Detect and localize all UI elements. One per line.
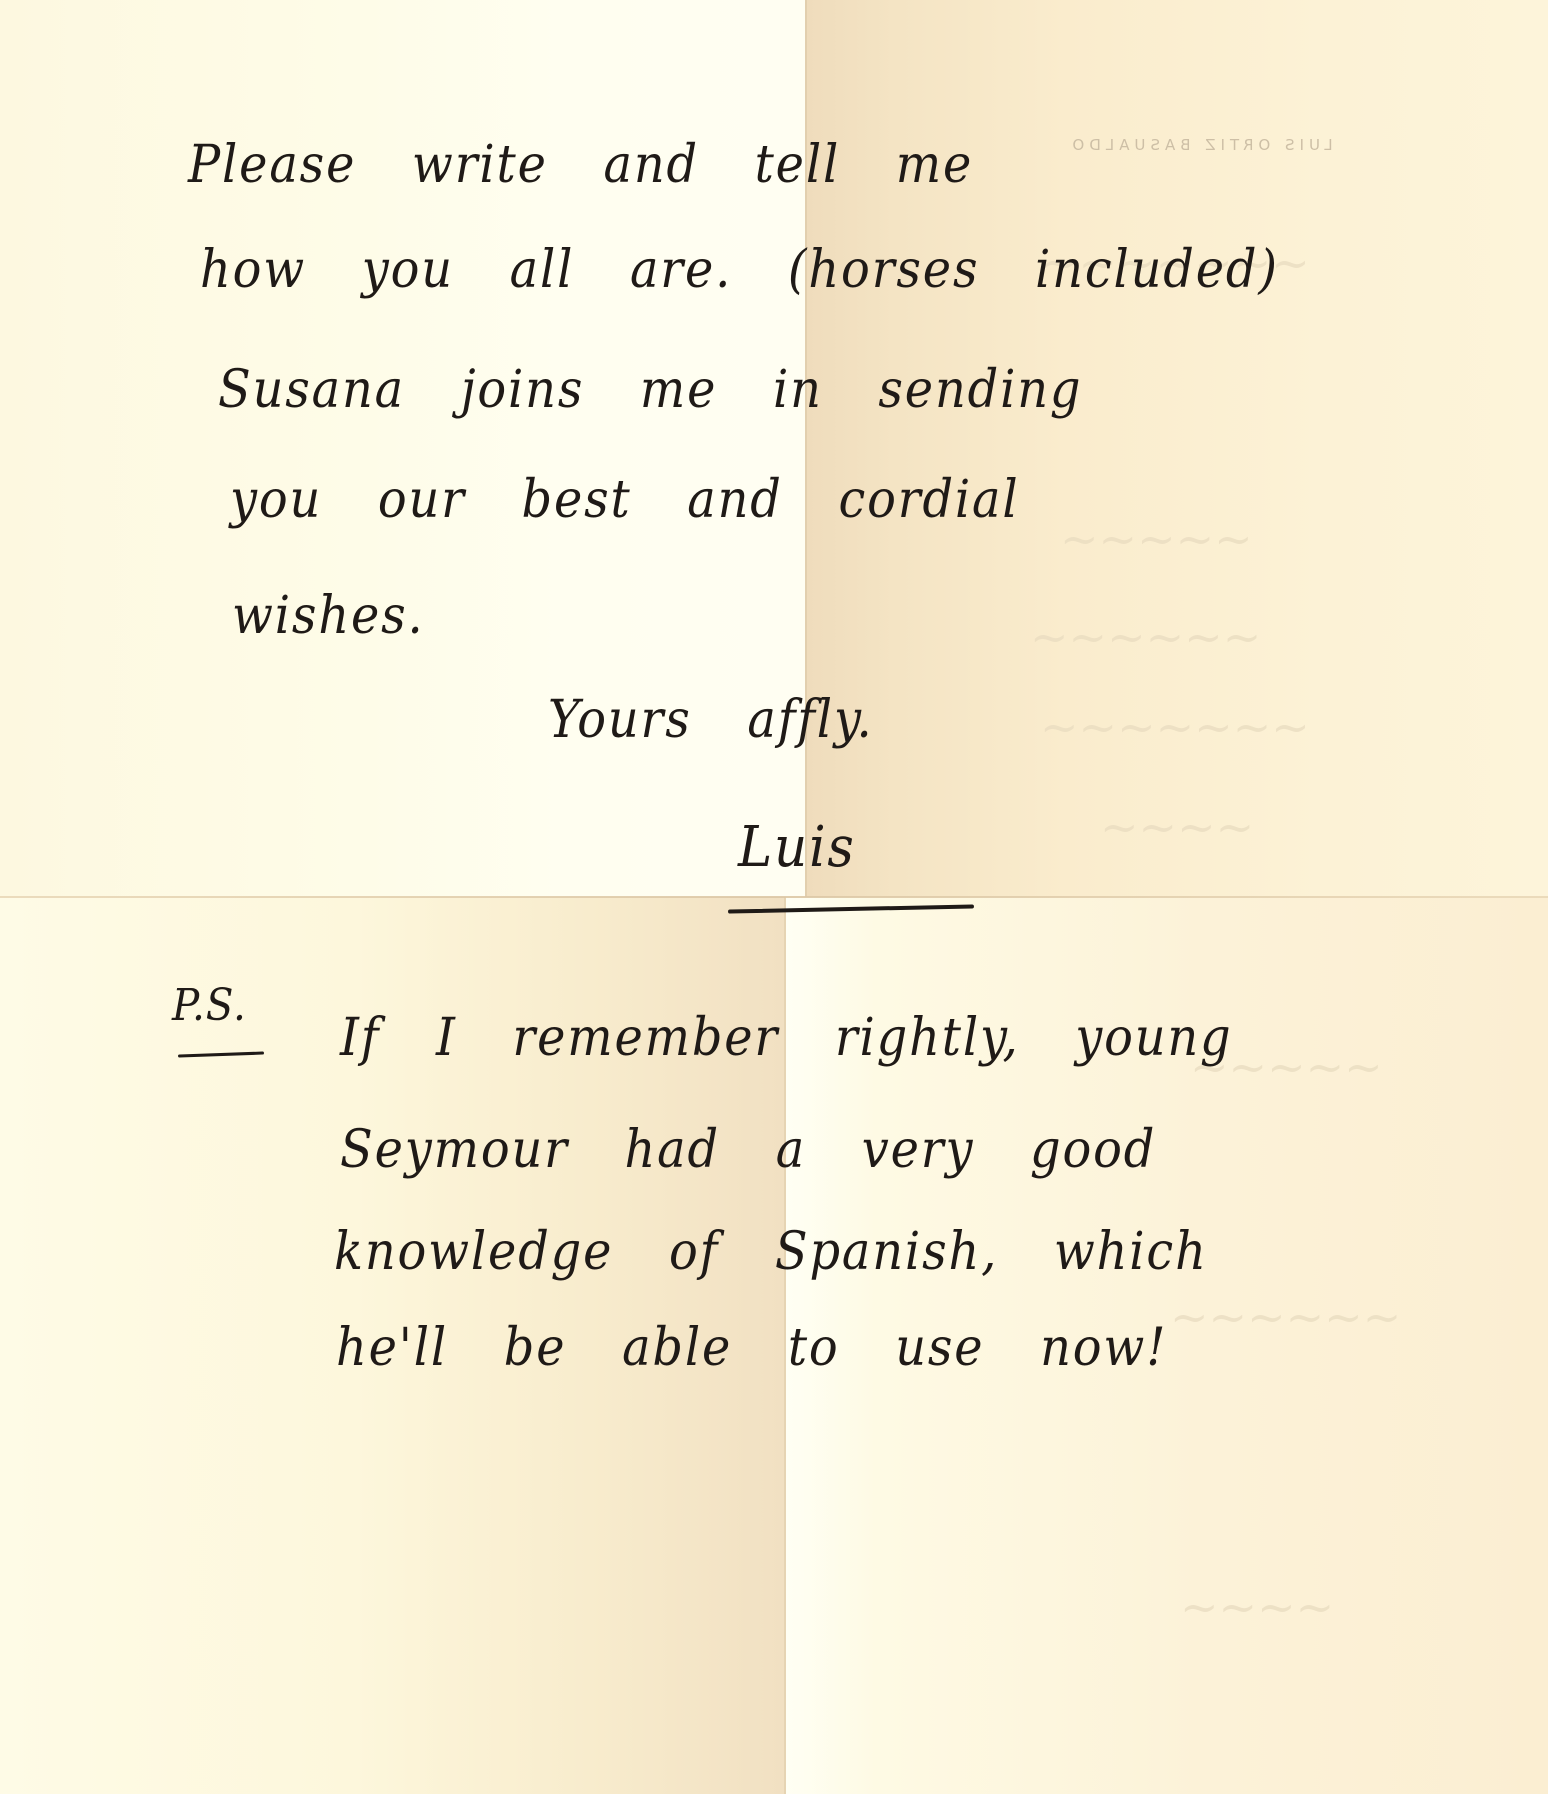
body-line-3: Susana joins me in sending	[218, 360, 1082, 420]
ghost-stroke: ~~~~	[1180, 1580, 1334, 1634]
ghost-stroke: ~~~~~~~	[1040, 700, 1310, 754]
postscript-line-3: knowledge of Spanish, which	[334, 1222, 1208, 1282]
horizontal-fold-crease	[0, 896, 1548, 898]
ghost-stroke: ~~~~~~	[1030, 610, 1261, 664]
signature: Luis	[738, 815, 856, 880]
closing: Yours affly.	[548, 690, 874, 750]
body-line-2: how you all are. (horses included)	[200, 240, 1279, 300]
letterhead-bleedthrough: LUIS ORTIZ BASUALDO	[990, 136, 1410, 154]
letter-page: LUIS ORTIZ BASUALDO ~~~~~~~ ~~~~~ ~~~~~~…	[0, 0, 1548, 1794]
postscript-line-2: Seymour had a very good	[340, 1120, 1156, 1180]
ghost-stroke: ~~~~~~	[1170, 1290, 1401, 1344]
postscript-label: P.S.	[172, 980, 247, 1031]
body-line-1: Please write and tell me	[188, 135, 973, 195]
postscript-line-4: he'll be able to use now!	[336, 1318, 1167, 1378]
ghost-stroke: ~~~~	[1100, 800, 1254, 854]
postscript-line-1: If I remember rightly, young	[340, 1008, 1233, 1068]
ghost-stroke: ~~~~~	[1060, 512, 1253, 566]
body-line-5: wishes.	[232, 586, 425, 646]
body-line-4: you our best and cordial	[230, 470, 1020, 530]
